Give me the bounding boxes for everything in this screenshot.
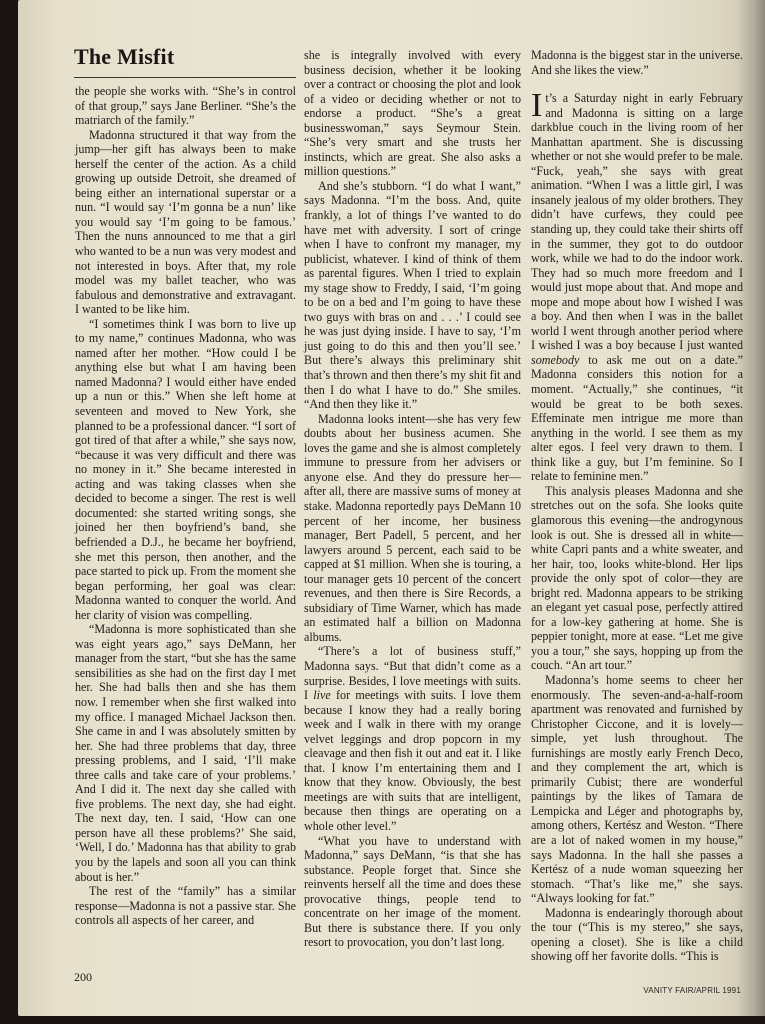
paragraph: Madonna structured it that way from the … [75, 128, 296, 317]
column-1: the people she works with. “She’s in con… [75, 84, 296, 928]
paragraph: Madonna is the biggest star in the unive… [531, 48, 743, 77]
paragraph: And she’s stubborn. “I do what I want,” … [304, 179, 521, 412]
text-run: t’s a Saturday night in early February a… [531, 91, 743, 352]
text-run: for meetings with suits. I love them bec… [304, 688, 521, 833]
publication-footer: VANITY FAIR/APRIL 1991 [643, 986, 741, 995]
drop-cap: I [531, 92, 545, 120]
scanned-magazine-page: The Misfit the people she works with. “S… [0, 0, 765, 1024]
paragraph: Madonna is endearingly thorough about th… [531, 906, 743, 964]
paragraph: she is integrally involved with every bu… [304, 48, 521, 179]
page-number: 200 [74, 970, 92, 985]
paragraph: “I sometimes think I was born to live up… [75, 317, 296, 622]
text-run: to ask me out on a date.” Madonna consid… [531, 353, 743, 483]
paragraph: “There’s a lot of business stuff,” Madon… [304, 644, 521, 833]
section-title: The Misfit [74, 44, 174, 70]
paragraph: This analysis pleases Madonna and she st… [531, 484, 743, 673]
paragraph: The rest of the “family” has a similar r… [75, 884, 296, 928]
paragraph: the people she works with. “She’s in con… [75, 84, 296, 128]
paragraph: Madonna’s home seems to cheer her enormo… [531, 673, 743, 906]
column-3: Madonna is the biggest star in the unive… [531, 48, 743, 964]
emphasis-text: somebody [531, 353, 579, 367]
column-2: she is integrally involved with every bu… [304, 48, 521, 950]
emphasis-text: live [313, 688, 330, 702]
paragraph: “What you have to understand with Madonn… [304, 834, 521, 950]
paragraph: Madonna looks intent—she has very few do… [304, 412, 521, 645]
paragraph: “Madonna is more sophisticated than she … [75, 622, 296, 884]
title-divider [74, 77, 296, 78]
paragraph: It’s a Saturday night in early February … [531, 91, 743, 484]
